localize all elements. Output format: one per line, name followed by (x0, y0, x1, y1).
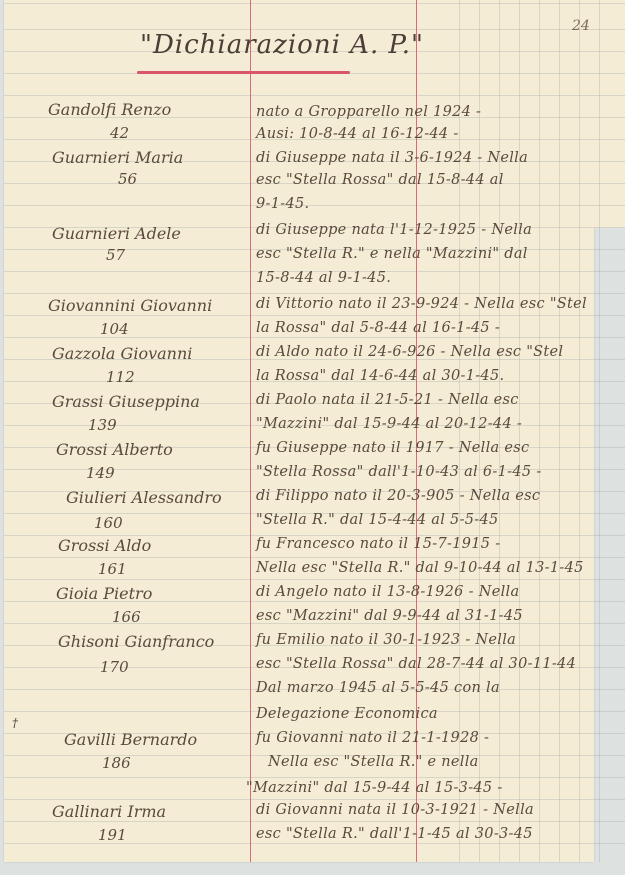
entry-line: la Rossa" dal 14-6-44 al 30-1-45. (256, 368, 504, 384)
title-underline (137, 71, 350, 74)
entry-line: Nella esc "Stella R." e nella (268, 754, 479, 770)
entry-line: Ausi: 10-8-44 al 16-12-44 - (256, 126, 459, 142)
page-title: "Dichiarazioni A. P." (140, 30, 424, 60)
margin-mark: † (12, 716, 18, 730)
entry-number: 166 (112, 608, 141, 626)
entry-name: Gandolfi Renzo (48, 100, 171, 119)
entry-number: 161 (98, 560, 127, 578)
entry-number: 112 (106, 368, 135, 386)
entry-name: Guarnieri Maria (52, 148, 183, 167)
entry-line: fu Francesco nato il 15-7-1915 - (256, 536, 500, 552)
entry-number: 186 (102, 754, 131, 772)
entry-name: Grossi Aldo (58, 536, 151, 555)
entry-line: di Paolo nata il 21-5-21 - Nella esc (256, 392, 519, 408)
entry-line: di Aldo nato il 24-6-926 - Nella esc "St… (256, 344, 563, 360)
entry-number: 191 (98, 826, 127, 844)
entry-line: fu Giuseppe nato il 1917 - Nella esc (256, 440, 529, 456)
entry-number: 160 (94, 514, 123, 532)
entry-line: di Filippo nato il 20-3-905 - Nella esc (256, 488, 540, 504)
entry-line: "Mazzini" dal 15-9-44 al 15-3-45 - (246, 780, 503, 796)
entry-line: esc "Stella Rossa" dal 28-7-44 al 30-11-… (256, 656, 576, 672)
entry-number: 104 (100, 320, 129, 338)
page-number: 24 (572, 18, 590, 34)
entry-line: Nella esc "Stella R." dal 9-10-44 al 13-… (256, 560, 584, 576)
entry-name: Grossi Alberto (56, 440, 173, 459)
entry-line: Delegazione Economica (256, 706, 438, 722)
entry-name: Giovannini Giovanni (48, 296, 212, 315)
entry-name: Gioia Pietro (56, 584, 152, 603)
entry-number: 139 (88, 416, 117, 434)
entry-line: di Giuseppe nata il 3-6-1924 - Nella (256, 150, 528, 166)
entry-name: Gazzola Giovanni (52, 344, 192, 363)
entry-line: esc "Stella R." dall'1-1-45 al 30-3-45 (256, 826, 533, 842)
entry-name: Guarnieri Adele (52, 224, 181, 243)
entry-line: esc "Stella Rossa" dal 15-8-44 al (256, 172, 504, 188)
entry-line: di Angelo nato il 13-8-1926 - Nella (256, 584, 519, 600)
entry-line: di Giovanni nata il 10-3-1921 - Nella (256, 802, 534, 818)
entry-number: 56 (118, 170, 137, 188)
entry-line: Dal marzo 1945 al 5-5-45 con la (256, 680, 500, 696)
entry-name: Ghisoni Gianfranco (58, 632, 214, 651)
entry-number: 149 (86, 464, 115, 482)
entry-name: Giulieri Alessandro (66, 488, 222, 507)
page-notch (598, 228, 625, 862)
entry-number: 42 (110, 124, 129, 142)
entry-name: Grassi Giuseppina (52, 392, 200, 411)
entry-line: di Giuseppe nata l'1-12-1925 - Nella (256, 222, 532, 238)
entry-number: 170 (100, 658, 129, 676)
entry-line: nato a Gropparello nel 1924 - (256, 104, 481, 120)
entry-line: fu Emilio nato il 30-1-1923 - Nella (256, 632, 516, 648)
paper-sheet-upper-right (594, 0, 625, 228)
entry-line: la Rossa" dal 5-8-44 al 16-1-45 - (256, 320, 500, 336)
entry-line: fu Giovanni nato il 21-1-1928 - (256, 730, 489, 746)
entry-line: "Mazzini" dal 15-9-44 al 20-12-44 - (256, 416, 522, 432)
entry-line: esc "Mazzini" dal 9-9-44 al 31-1-45 (256, 608, 523, 624)
entry-name: Gavilli Bernardo (64, 730, 197, 749)
entry-line: "Stella Rossa" dall'1-10-43 al 6-1-45 - (256, 464, 542, 480)
entry-number: 57 (106, 246, 125, 264)
entry-line: di Vittorio nato il 23-9-924 - Nella esc… (256, 296, 587, 312)
entry-line: "Stella R." dal 15-4-44 al 5-5-45 (256, 512, 499, 528)
margin-line-left (250, 0, 251, 862)
entry-line: 15-8-44 al 9-1-45. (256, 270, 391, 286)
entry-line: 9-1-45. (256, 196, 309, 212)
entry-line: esc "Stella R." e nella "Mazzini" dal (256, 246, 528, 262)
entry-name: Gallinari Irma (52, 802, 166, 821)
